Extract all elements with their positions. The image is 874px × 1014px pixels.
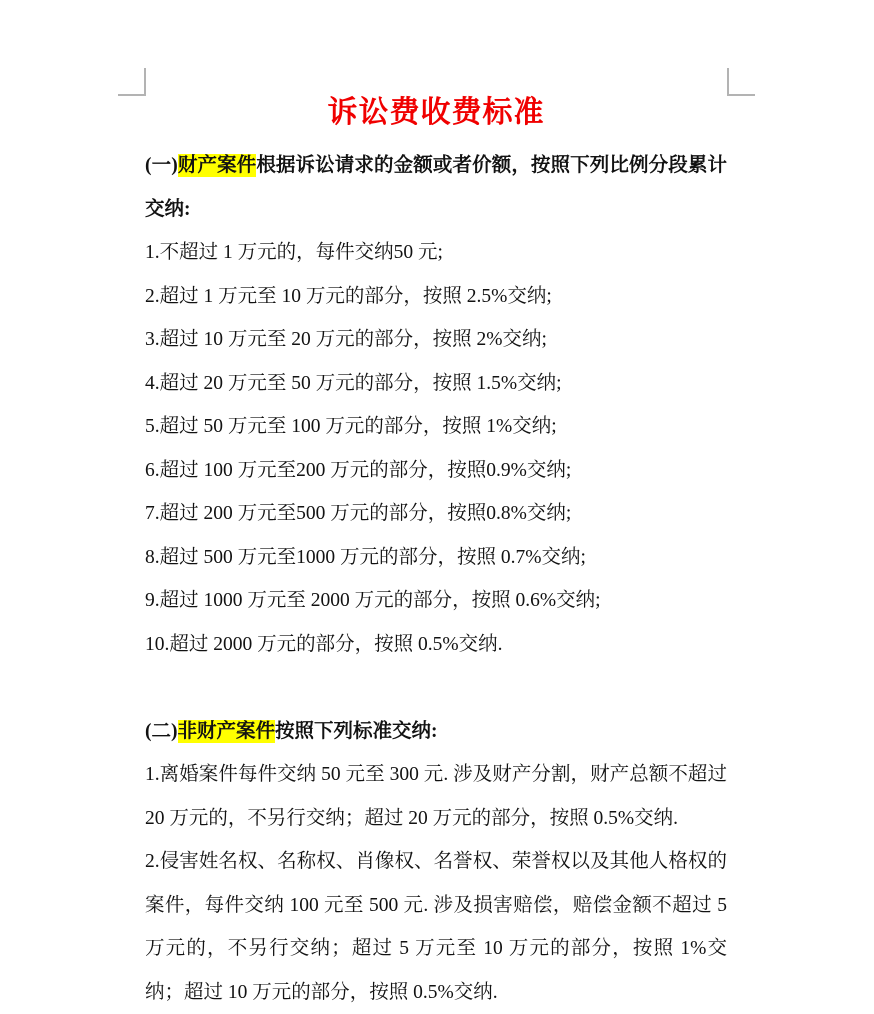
margin-corner-mark-top-left: [118, 68, 146, 96]
fee-tier-item-6: 6.超过 100 万元至200 万元的部分，按照0.9%交纳;: [145, 449, 727, 493]
fee-tier-item-7: 7.超过 200 万元至500 万元的部分，按照0.8%交纳;: [145, 492, 727, 536]
section-1-heading: (一)财产案件根据诉讼请求的金额或者价额，按照下列比例分段累计交纳:: [145, 144, 727, 231]
fee-tier-item-9: 9.超过 1000 万元至 2000 万元的部分，按照 0.6%交纳;: [145, 579, 727, 623]
fee-tier-item-8: 8.超过 500 万元至1000 万元的部分，按照 0.7%交纳;: [145, 536, 727, 580]
section-2-heading-text: 按照下列标准交纳:: [275, 721, 438, 742]
document-body: 诉讼费收费标准 (一)财产案件根据诉讼请求的金额或者价额，按照下列比例分段累计交…: [145, 92, 727, 1014]
fee-tier-item-10: 10.超过 2000 万元的部分，按照 0.5%交纳.: [145, 623, 727, 667]
section-1-number: (一): [145, 155, 178, 176]
section-2-heading: (二)非财产案件按照下列标准交纳:: [145, 710, 727, 754]
section-1-highlighted-term: 财产案件: [178, 154, 257, 177]
fee-tier-item-5: 5.超过 50 万元至 100 万元的部分，按照 1%交纳;: [145, 405, 727, 449]
fee-tier-item-3: 3.超过 10 万元至 20 万元的部分，按照 2%交纳;: [145, 318, 727, 362]
nonproperty-item-2: 2.侵害姓名权、名称权、肖像权、名誉权、荣誉权以及其他人格权的案件，每件交纳 1…: [145, 840, 727, 1014]
fee-tier-item-2: 2.超过 1 万元至 10 万元的部分，按照 2.5%交纳;: [145, 275, 727, 319]
fee-tier-item-4: 4.超过 20 万元至 50 万元的部分，按照 1.5%交纳;: [145, 362, 727, 406]
fee-tier-item-1: 1.不超过 1 万元的，每件交纳50 元;: [145, 231, 727, 275]
section-2-highlighted-term: 非财产案件: [178, 720, 276, 743]
page-title: 诉讼费收费标准: [145, 92, 727, 134]
document-page: 诉讼费收费标准 (一)财产案件根据诉讼请求的金额或者价额，按照下列比例分段累计交…: [0, 0, 874, 1014]
nonproperty-item-1: 1.离婚案件每件交纳 50 元至 300 元. 涉及财产分割，财产总额不超过 2…: [145, 753, 727, 840]
margin-corner-mark-top-right: [727, 68, 755, 96]
section-2-number: (二): [145, 721, 178, 742]
